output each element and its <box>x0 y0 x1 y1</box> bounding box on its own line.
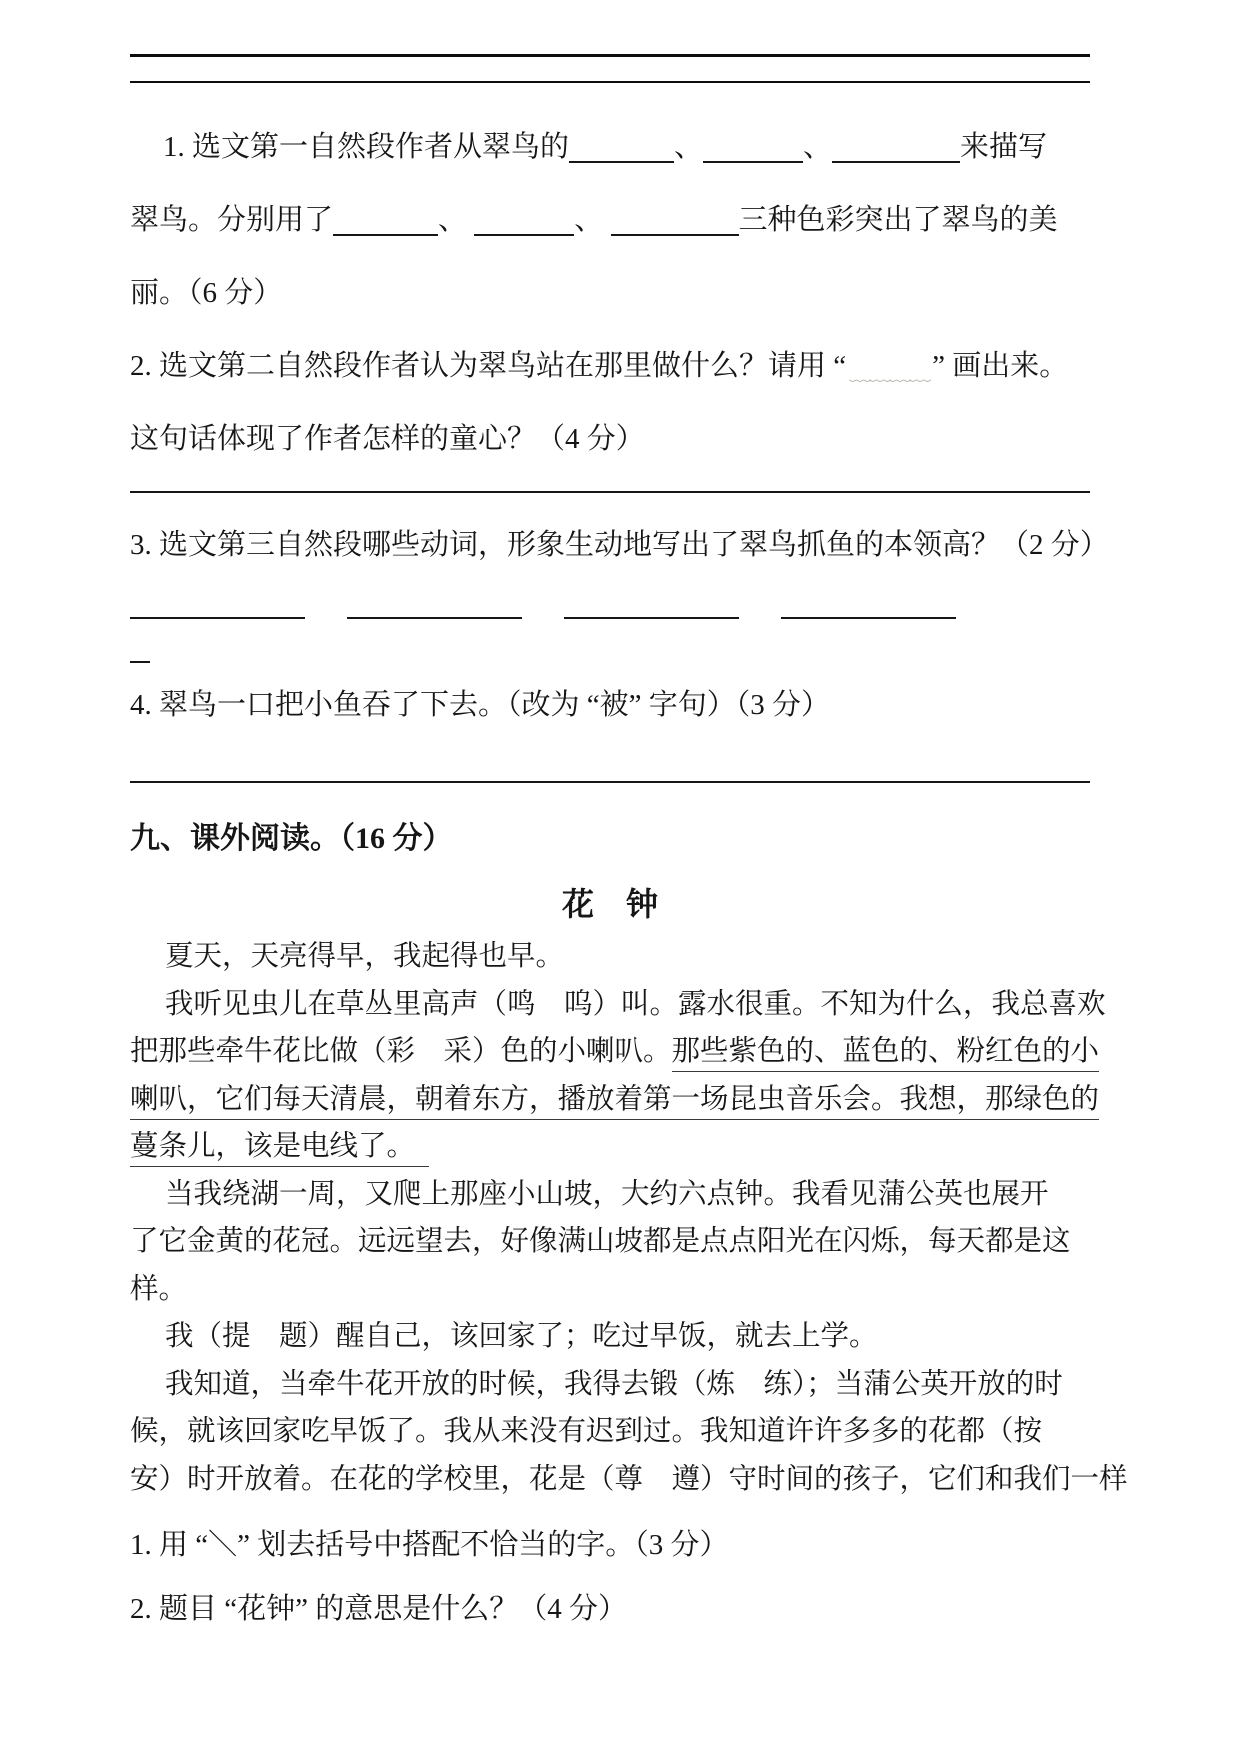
passage-line: 我听见虫儿在草丛里高声（鸣 呜）叫。露水很重。不知为什么，我总喜欢 <box>130 981 1090 1029</box>
text-run: 我（提 题）醒自己，该回家了；吃过早饭，就去上学。 <box>165 1321 878 1352</box>
exam-page: 1. 选文第一自然段作者从翠鸟的、、来描写翠鸟。分别用了、 、 三种色彩突出了翠… <box>0 0 1241 1754</box>
text-run: 把那些牵牛花比做（彩 采）色的小喇叭。 <box>130 1036 672 1067</box>
passage-line: 当我绕湖一周，又爬上那座小山坡，大约六点钟。我看见蒲公英也展开 <box>130 1171 1090 1219</box>
passage-line: 把那些牵牛花比做（彩 采）色的小喇叭。那些紫色的、蓝色的、粉红色的小 <box>130 1028 1090 1076</box>
text-run: 翠鸟。分别用了 <box>130 204 333 236</box>
fill-in-blank <box>611 204 739 236</box>
underlined-text-run: 喇叭，它们每天清晨，朝着东方，播放着第一场昆虫音乐会。我想，那绿色的 <box>130 1084 1099 1120</box>
answer-line <box>130 742 1090 783</box>
text-run: 候，就该回家吃早饭了。我从来没有迟到过。我知道许许多多的花都（按 <box>130 1416 1042 1447</box>
passage-line: 候，就该回家吃早饭了。我从来没有迟到过。我知道许许多多的花都（按 <box>130 1408 1090 1456</box>
fill-in-blank <box>130 617 305 619</box>
text-run: 、 <box>803 131 832 163</box>
fill-in-blank <box>781 617 956 619</box>
text-run: 2. 题目 “花钟” 的意思是什么？（4 分） <box>130 1593 627 1625</box>
underlined-text-run: 蔓条儿，该是电线了。 <box>130 1131 429 1167</box>
fill-in-blank <box>333 204 438 236</box>
text-run: 了它金黄的花冠。远远望去，好像满山坡都是点点阳光在闪烁，每天都是这 <box>130 1226 1071 1257</box>
question-line: 翠鸟。分别用了、 、 三种色彩突出了翠鸟的美 <box>130 184 1090 257</box>
question-line: 1. 用 “＼” 划去括号中搭配不恰当的字。（3 分） <box>130 1513 1090 1577</box>
text-run: 、 <box>574 204 610 236</box>
text-run: 来描写 <box>960 131 1047 163</box>
text-run: 4. 翠鸟一口把小鱼吞了下去。（改为 “被” 字句）（3 分） <box>130 689 830 721</box>
text-run: 花 钟 <box>562 886 658 922</box>
wavy-underline-placeholder: ﹏﹏﹏﹏ <box>849 336 929 409</box>
question-line: 4. 翠鸟一口把小鱼吞了下去。（改为 “被” 字句）（3 分） <box>130 669 1090 742</box>
text-run: 三种色彩突出了翠鸟的美 <box>739 204 1058 236</box>
passage-line: 安）时开放着。在花的学校里，花是（尊 遵）守时间的孩子，它们和我们一样 <box>130 1456 1090 1504</box>
passage-line: 我（提 题）醒自己，该回家了；吃过早饭，就去上学。 <box>130 1313 1090 1361</box>
question-line: 2. 选文第二自然段作者认为翠鸟站在那里做什么？请用 “﹏﹏﹏﹏” 画出来。 <box>130 330 1090 403</box>
passage-line: 蔓条儿，该是电线了。 <box>130 1123 1090 1171</box>
exam-content: 1. 选文第一自然段作者从翠鸟的、、来描写翠鸟。分别用了、 、 三种色彩突出了翠… <box>130 0 1090 1641</box>
text-run: 1. 用 “＼” 划去括号中搭配不恰当的字。（3 分） <box>130 1529 729 1561</box>
passage-line: 了它金黄的花冠。远远望去，好像满山坡都是点点阳光在闪烁，每天都是这 <box>130 1218 1090 1266</box>
fill-in-blank <box>564 617 739 619</box>
passage-line: 喇叭，它们每天清晨，朝着东方，播放着第一场昆虫音乐会。我想，那绿色的 <box>130 1076 1090 1124</box>
header-rule <box>130 54 1090 83</box>
passage-line: 夏天，天亮得早，我起得也早。 <box>130 933 1090 981</box>
question-line: 丽。（6 分） <box>130 257 1090 330</box>
text-run: 这句话体现了作者怎样的童心？（4 分） <box>130 423 645 455</box>
text-run: 九、课外阅读。（16 分） <box>130 822 453 855</box>
answer-blank-continuation-row <box>130 619 1090 663</box>
passage-title: 花 钟 <box>130 875 1090 933</box>
fill-in-blank <box>474 204 574 236</box>
text-run: 安）时开放着。在花的学校里，花是（尊 遵）守时间的孩子，它们和我们一样 <box>130 1464 1128 1495</box>
text-run: 丽。（6 分） <box>130 277 282 309</box>
text-run: 当我绕湖一周，又爬上那座小山坡，大约六点钟。我看见蒲公英也展开 <box>165 1179 1049 1210</box>
passage-line: 样。 <box>130 1266 1090 1314</box>
fill-in-blank <box>347 617 522 619</box>
text-run: 样。 <box>130 1274 187 1305</box>
question-line: 1. 选文第一自然段作者从翠鸟的、、来描写 <box>130 111 1090 184</box>
question-line: 这句话体现了作者怎样的童心？（4 分） <box>130 403 1090 476</box>
question-line: 2. 题目 “花钟” 的意思是什么？（4 分） <box>130 1577 1090 1641</box>
underlined-text-run: 那些紫色的、蓝色的、粉红色的小 <box>672 1036 1100 1072</box>
text-run: 3. 选文第三自然段哪些动词，形象生动地写出了翠鸟抓鱼的本领高？（2 分） <box>130 529 1109 561</box>
text-run: 、 <box>438 204 474 236</box>
text-run: 我知道，当牵牛花开放的时候，我得去锻（炼 练）；当蒲公英开放的时 <box>165 1369 1063 1400</box>
text-run: 2. 选文第二自然段作者认为翠鸟站在那里做什么？请用 “ <box>130 350 846 382</box>
fill-in-blank-continuation <box>130 661 150 663</box>
passage-line: 我知道，当牵牛花开放的时候，我得去锻（炼 练）；当蒲公英开放的时 <box>130 1361 1090 1409</box>
text-run: 我听见虫儿在草丛里高声（鸣 呜）叫。露水很重。不知为什么，我总喜欢 <box>165 989 1106 1020</box>
answer-blanks-row <box>130 582 1090 619</box>
section-heading: 九、课外阅读。（16 分） <box>130 802 1090 875</box>
fill-in-blank <box>569 131 674 163</box>
text-run: ” 画出来。 <box>932 350 1068 382</box>
text-run: 夏天，天亮得早，我起得也早。 <box>165 941 564 972</box>
fill-in-blank <box>703 131 803 163</box>
text-run: 1. 选文第一自然段作者从翠鸟的 <box>163 131 569 163</box>
answer-line <box>130 476 1090 493</box>
question-line: 3. 选文第三自然段哪些动词，形象生动地写出了翠鸟抓鱼的本领高？（2 分） <box>130 509 1090 582</box>
text-run: 、 <box>674 131 703 163</box>
fill-in-blank <box>832 131 960 163</box>
